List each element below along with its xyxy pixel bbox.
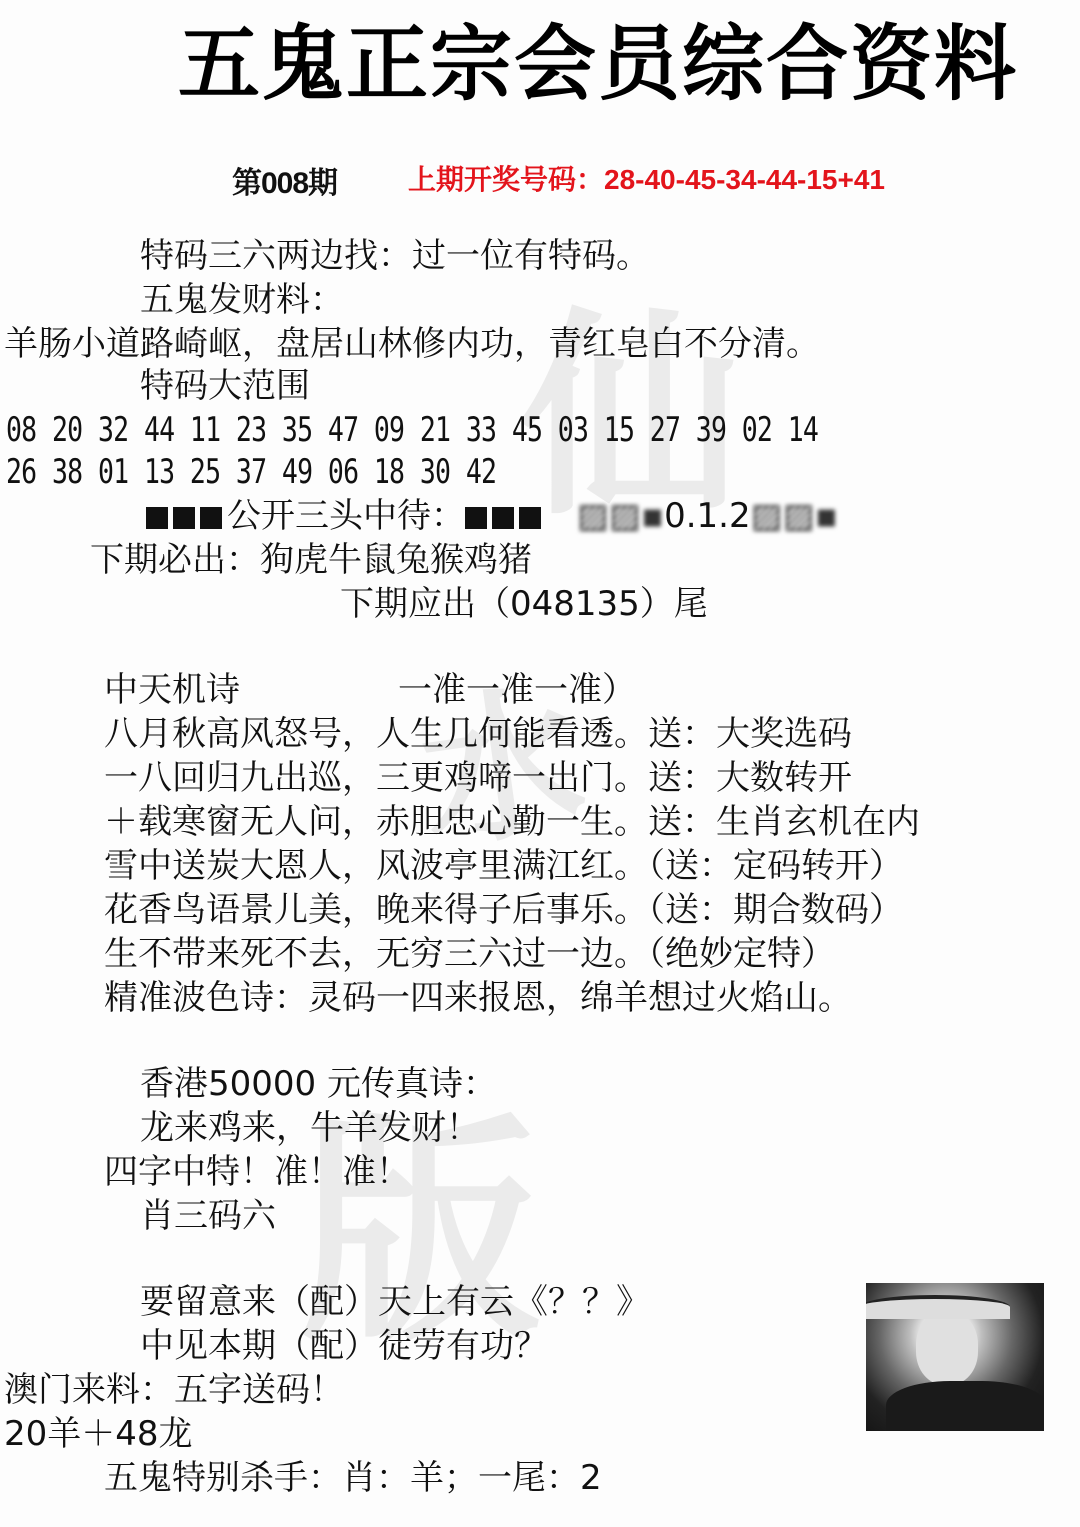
number-range-row-1: 082032441123354709213345031527390214 (6, 410, 834, 450)
number: 21 (420, 410, 450, 450)
watermark: 水 (405, 630, 595, 880)
poem-line: 生不带来死不去，无穷三六过一边。（绝妙定特） (104, 934, 835, 974)
number: 45 (512, 410, 542, 450)
number: 13 (144, 452, 174, 492)
number: 01 (98, 452, 128, 492)
number: 44 (144, 410, 174, 450)
riddle-line: 中见本期（配）徒劳有功？ (140, 1326, 548, 1366)
number: 42 (466, 452, 496, 492)
killer-line: 五鬼特别杀手：肖：羊；一尾：2 (104, 1458, 602, 1498)
number: 25 (190, 452, 220, 492)
poem-line: 花香鸟语景儿美，晚来得子后事乐。（送：期合数码） (104, 890, 903, 930)
number: 26 (6, 452, 36, 492)
number: 27 (650, 410, 680, 450)
public-line: 公开三头中待： ▨▨▪0.1.2▨▨▪ (146, 496, 838, 536)
must-appear-line: 下期必出：狗虎牛鼠兔猴鸡猪 (90, 540, 532, 580)
body-shape (886, 1381, 1044, 1431)
obscured-digits: 0.1.2 (664, 496, 751, 536)
last-draw-label: 上期开奖号码： (408, 164, 604, 195)
number: 33 (466, 410, 496, 450)
hk-line: 龙来鸡来，牛羊发财！ (140, 1108, 480, 1148)
last-draw-numbers: 28-40-45-34-44-15+41 (604, 164, 885, 195)
page-title: 五鬼正宗会员综合资料 (178, 14, 1038, 114)
obscured-text: ▨▨▪ (577, 496, 664, 536)
riddle-line: 羊肠小道路崎岖，盘居山林修内功，青红皂白不分清。 (4, 324, 820, 364)
face-shape (916, 1311, 978, 1385)
hat-shape (866, 1295, 1010, 1319)
macau-line: 澳门来料：五字送码！ (4, 1370, 344, 1410)
number: 37 (236, 452, 266, 492)
poem-title-suffix: 一准一准一准） (398, 670, 636, 710)
must-zodiacs: 狗虎牛鼠兔猴鸡猪 (260, 540, 532, 580)
hk-line: 四字中特！准！准！ (104, 1152, 410, 1192)
poem-line: 八月秋高风怒号，人生几何能看透。送：大奖选码 (104, 714, 852, 754)
number: 32 (98, 410, 128, 450)
obscured-text: ▨▨▪ (751, 496, 838, 536)
number: 47 (328, 410, 358, 450)
portrait-photo (866, 1283, 1044, 1431)
number: 14 (788, 410, 818, 450)
number: 49 (282, 452, 312, 492)
issue-number: 第008期 (232, 158, 337, 202)
number: 11 (190, 410, 220, 450)
number: 18 (374, 452, 404, 492)
number: 02 (742, 410, 772, 450)
last-draw: 上期开奖号码：28-40-45-34-44-15+41 (408, 158, 885, 198)
number: 03 (558, 410, 588, 450)
must-label: 下期必出： (90, 540, 260, 580)
poem-title: 中天机诗一准一准一准） (104, 670, 636, 710)
number: 20 (52, 410, 82, 450)
macau-line: 20羊＋48龙 (4, 1414, 193, 1454)
number: 15 (604, 410, 634, 450)
hint-line: 特码三六两边找：过一位有特码。 (140, 236, 650, 276)
number-range-row-2: 2638011325374906183042 (6, 452, 512, 492)
number: 39 (696, 410, 726, 450)
riddle-line: 要留意来（配）天上有云《？？》 (140, 1282, 650, 1322)
number: 08 (6, 410, 36, 450)
tail-line: 下期应出（048135）尾 (340, 584, 708, 624)
section-heading: 特码大范围 (140, 366, 310, 406)
redaction-blocks (146, 496, 227, 536)
poem-line: ＋载寒窗无人问，赤胆忠心勤一生。送：生肖玄机在内 (104, 802, 920, 842)
public-label: 公开三头中待： (227, 496, 465, 536)
hk-line: 香港50000 元传真诗： (140, 1064, 497, 1104)
poem-title-text: 中天机诗 (104, 670, 240, 710)
number: 35 (282, 410, 312, 450)
poem-line: 一八回归九出巡，三更鸡啼一出门。送：大数转开 (104, 758, 852, 798)
number: 38 (52, 452, 82, 492)
number: 09 (374, 410, 404, 450)
poem-line: 雪中送炭大恩人，风波亭里满江红。（送：定码转开） (104, 846, 903, 886)
number: 23 (236, 410, 266, 450)
number: 30 (420, 452, 450, 492)
number: 06 (328, 452, 358, 492)
hk-line: 肖三码六 (140, 1196, 276, 1236)
poem-line: 精准波色诗：灵码一四来报恩，绵羊想过火焰山。 (104, 978, 852, 1018)
section-heading: 五鬼发财料： (140, 280, 344, 320)
redaction-blocks (465, 496, 546, 536)
